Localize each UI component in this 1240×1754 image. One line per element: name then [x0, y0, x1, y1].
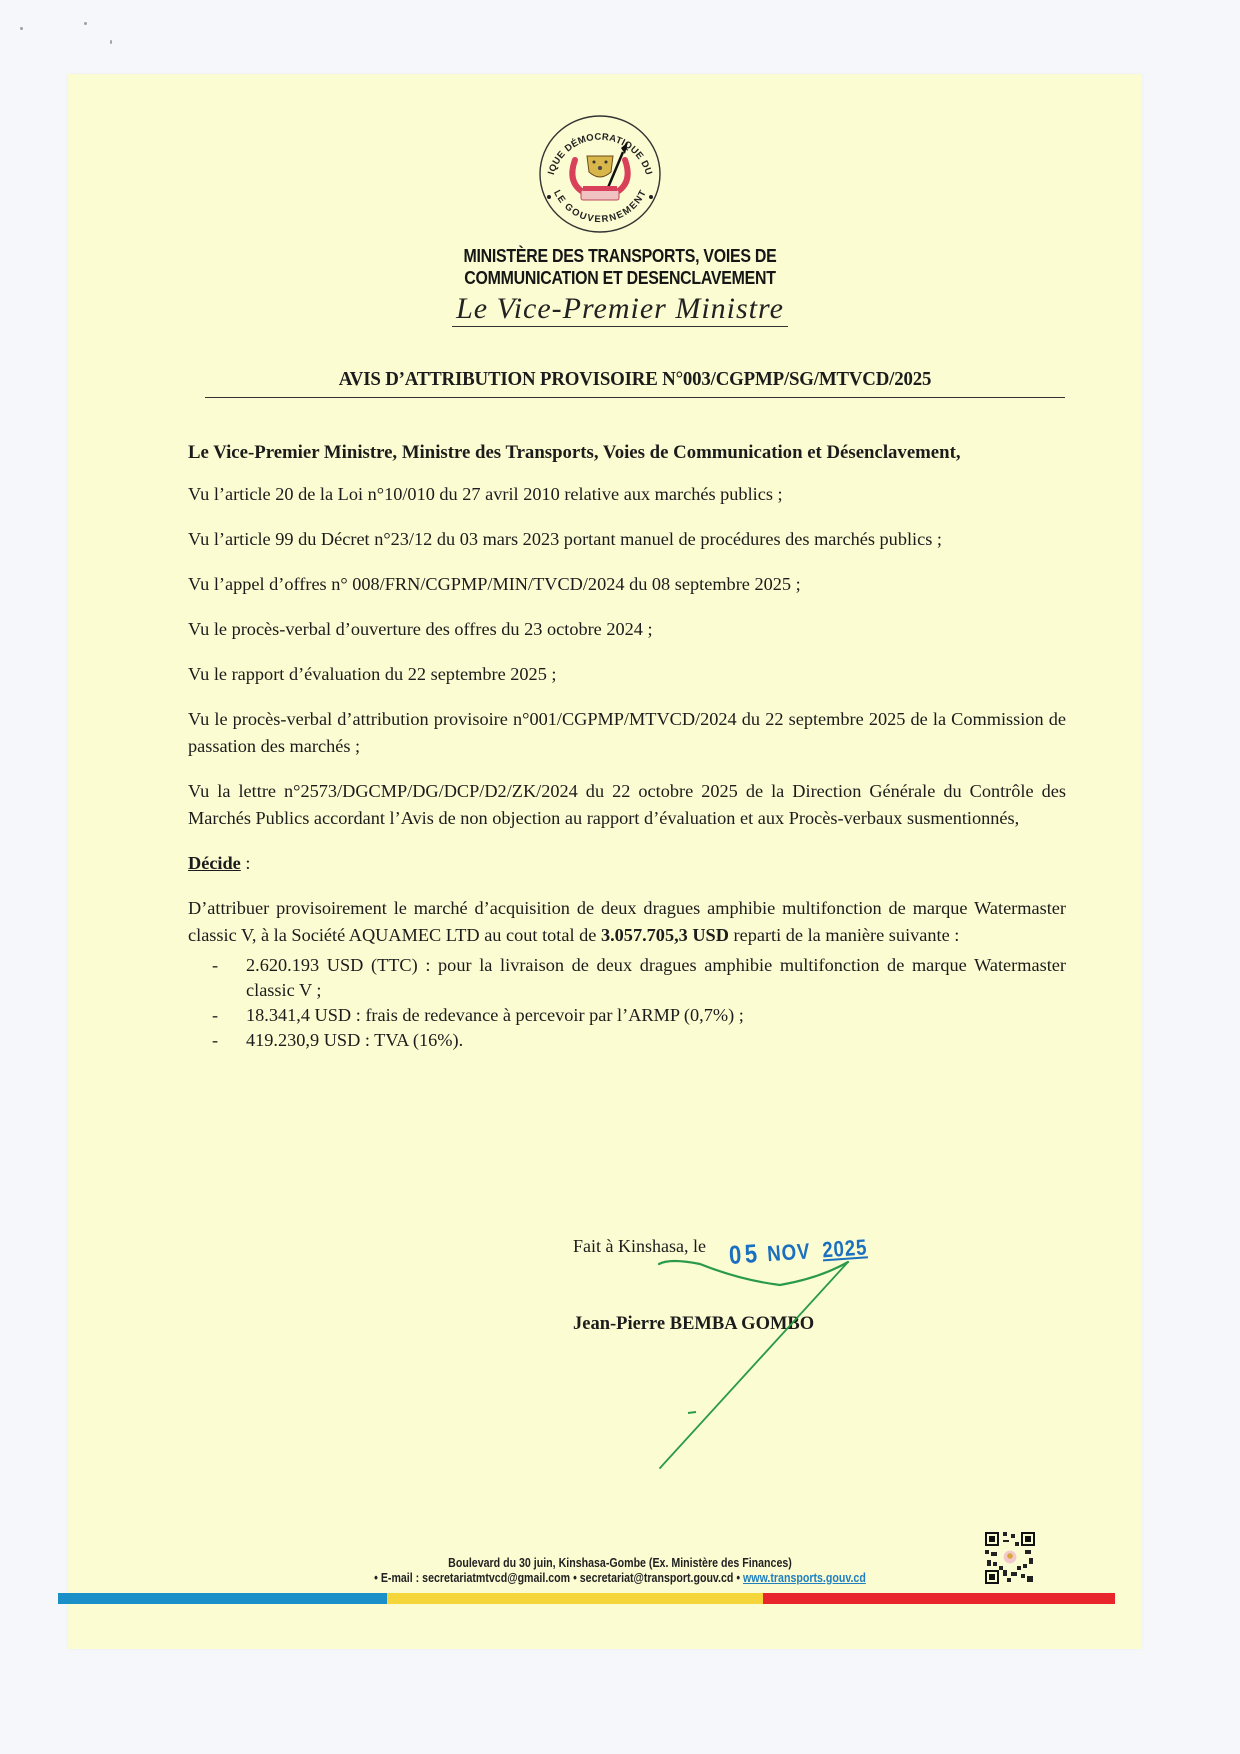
consideration-3: Vu l’appel d’offres n° 008/FRN/CGPMP/MIN…	[188, 571, 1066, 598]
breakdown-item: 18.341,4 USD : frais de redevance à perc…	[212, 1003, 1066, 1028]
scan-speck	[20, 27, 23, 30]
flag-bar-blue	[58, 1593, 387, 1604]
document-body: Le Vice-Premier Ministre, Ministre des T…	[188, 438, 1066, 1053]
consideration-7: Vu la lettre n°2573/DGCMP/DG/DCP/D2/ZK/2…	[188, 778, 1066, 832]
document-title-text: AVIS D’ATTRIBUTION PROVISOIRE N°003/CGPM…	[339, 368, 931, 391]
decide-suffix: :	[241, 853, 251, 873]
decision-paragraph: D’attribuer provisoirement le marché d’a…	[188, 895, 1066, 949]
stamp-year: 2025	[821, 1234, 868, 1262]
consideration-2: Vu l’article 99 du Décret n°23/12 du 03 …	[188, 526, 1066, 553]
email-link-1[interactable]: secretariatmtvcd@gmail.com	[422, 1571, 570, 1585]
flag-bar-yellow	[387, 1593, 763, 1604]
email-label: • E-mail :	[374, 1571, 422, 1585]
bullet: •	[733, 1571, 743, 1585]
consideration-5: Vu le rapport d’évaluation du 22 septemb…	[188, 661, 1066, 688]
ministry-line-2: COMMUNICATION ET DESENCLAVEMENT	[87, 267, 1153, 289]
scan-speck	[110, 40, 112, 44]
decide-heading: Décide :	[188, 850, 1066, 877]
consideration-6: Vu le procès-verbal d’attribution provis…	[188, 706, 1066, 760]
decision-text-after: reparti de la manière suivante :	[729, 925, 959, 945]
breakdown-item: 419.230,9 USD : TVA (16%).	[212, 1028, 1066, 1053]
office-title-text: Le Vice-Premier Ministre	[452, 292, 788, 327]
ministry-line-1: MINISTÈRE DES TRANSPORTS, VOIES DE	[87, 245, 1153, 267]
document-title: AVIS D’ATTRIBUTION PROVISOIRE N°003/CGPM…	[205, 368, 1065, 398]
consideration-1: Vu l’article 20 de la Loi n°10/010 du 27…	[188, 481, 1066, 508]
ministry-name: MINISTÈRE DES TRANSPORTS, VOIES DE COMMU…	[87, 245, 1153, 289]
website-link[interactable]: www.transports.gouv.cd	[743, 1571, 866, 1585]
consideration-4: Vu le procès-verbal d’ouverture des offr…	[188, 616, 1066, 643]
coat-of-arms-emblem-icon: RÉPUBLIQUE DÉMOCRATIQUE DU CONGO LE GOUV…	[535, 112, 665, 237]
scan-speck	[84, 22, 87, 25]
office-title: Le Vice-Premier Ministre	[0, 292, 1240, 326]
signer-name: Jean-Pierre BEMBA GOMBO	[573, 1314, 814, 1335]
decision-total: 3.057.705,3 USD	[601, 925, 729, 945]
stamp-day: 05	[728, 1238, 761, 1270]
qr-code-icon[interactable]	[985, 1532, 1035, 1584]
decide-label: Décide	[188, 853, 241, 873]
cost-breakdown-list: 2.620.193 USD (TTC) : pour la livraison …	[188, 953, 1066, 1053]
flag-bar-red	[763, 1593, 1115, 1604]
email-link-2[interactable]: • secretariat@transport.gouv.cd	[573, 1571, 733, 1585]
stamp-month: NOV	[766, 1238, 811, 1266]
breakdown-item: 2.620.193 USD (TTC) : pour la livraison …	[212, 953, 1066, 1003]
intro-paragraph: Le Vice-Premier Ministre, Ministre des T…	[188, 438, 1066, 467]
